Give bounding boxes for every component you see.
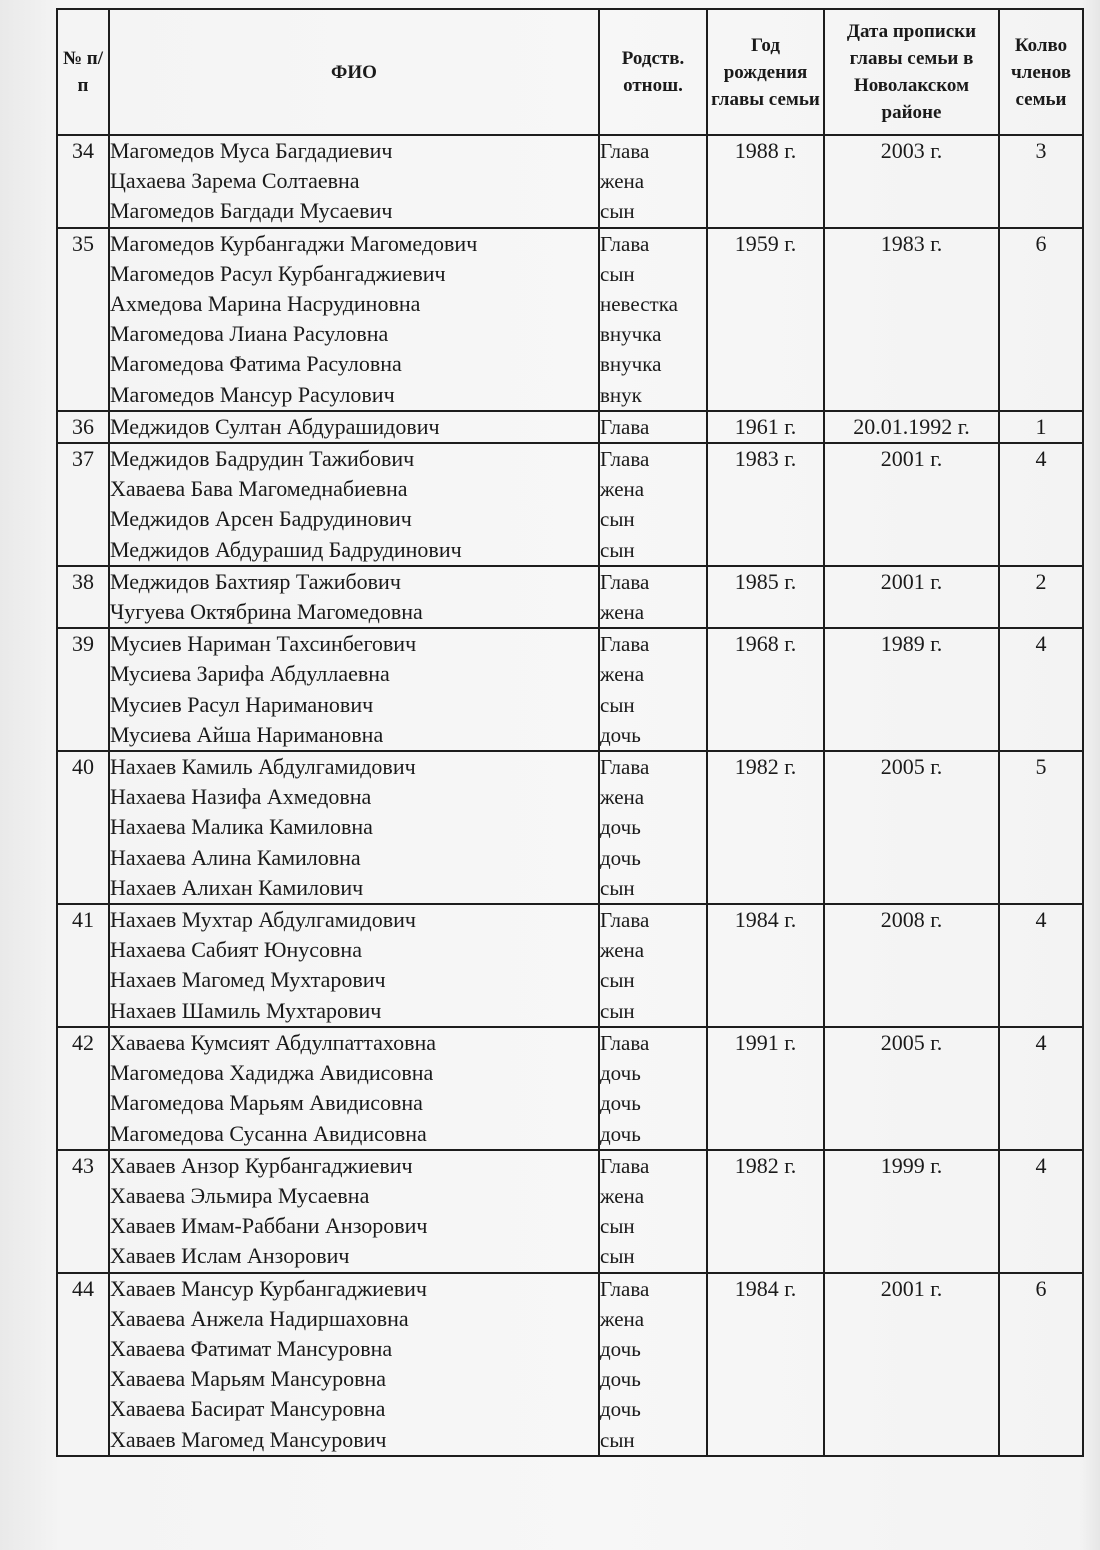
family-members-relations: Глава [599,411,707,443]
family-members-relations: Главаженадочьдочьсын [599,751,707,904]
member-name: Магомедов Багдади Мусаевич [110,196,598,226]
row-number: 35 [57,228,109,411]
member-relation: сын [600,504,706,534]
table-row: 42Хаваева Кумсият АбдулпаттаховнаМагомед… [57,1027,1083,1150]
member-name: Хаваева Бава Магомеднабиевна [110,474,598,504]
member-name: Нахаев Алихан Камилович [110,873,598,903]
member-relation: дочь [600,1058,706,1088]
member-relation: дочь [600,1364,706,1394]
family-members-relations: Главасынневесткавнучкавнучкавнук [599,228,707,411]
member-name: Нахаев Камиль Абдулгамидович [110,752,598,782]
family-size: 6 [999,228,1083,411]
head-registration-date: 2001 г. [824,1273,999,1456]
family-members-relations: Главаженасынсын [599,904,707,1027]
member-relation: сын [600,535,706,565]
head-registration-date: 1999 г. [824,1150,999,1273]
family-members-names: Магомедов Муса БагдадиевичЦахаева Зарема… [109,135,599,228]
member-relation: сын [600,690,706,720]
family-members-names: Меджидов Бадрудин ТажибовичХаваева Бава … [109,443,599,566]
member-relation: Глава [600,1028,706,1058]
member-relation: Глава [600,567,706,597]
head-registration-date: 2001 г. [824,443,999,566]
family-registry-table: № п/п ФИО Родств. отнош. Год рождения гл… [56,8,1084,1457]
member-relation: жена [600,1304,706,1334]
member-name: Магомедов Курбангаджи Магомедович [110,229,598,259]
member-name: Меджидов Бахтияр Тажибович [110,567,598,597]
family-size: 4 [999,904,1083,1027]
member-relation: жена [600,659,706,689]
member-relation: жена [600,935,706,965]
header-num: № п/п [57,9,109,135]
member-name: Хаваев Магомед Мансурович [110,1425,598,1455]
head-registration-date: 2003 г. [824,135,999,228]
head-registration-date: 1989 г. [824,628,999,751]
member-name: Магомедова Сусанна Авидисовна [110,1119,598,1149]
table-row: 40Нахаев Камиль АбдулгамидовичНахаева На… [57,751,1083,904]
head-birth-year: 1982 г. [707,751,824,904]
member-name: Хаваев Мансур Курбангаджиевич [110,1274,598,1304]
family-members-names: Нахаев Мухтар АбдулгамидовичНахаева Саби… [109,904,599,1027]
member-relation: дочь [600,720,706,750]
member-name: Меджидов Арсен Бадрудинович [110,504,598,534]
family-members-relations: Главадочьдочьдочь [599,1027,707,1150]
header-relation: Родств. отнош. [599,9,707,135]
family-size: 4 [999,443,1083,566]
table-row: 35Магомедов Курбангаджи МагомедовичМагом… [57,228,1083,411]
member-relation: Глава [600,136,706,166]
member-relation: сын [600,965,706,995]
row-number: 39 [57,628,109,751]
member-relation: внук [600,380,706,410]
head-registration-date: 2005 г. [824,1027,999,1150]
member-relation: Глава [600,444,706,474]
member-name: Хаваева Анжела Надиршаховна [110,1304,598,1334]
family-members-names: Хаваева Кумсият АбдулпаттаховнаМагомедов… [109,1027,599,1150]
member-name: Хаваева Кумсият Абдулпаттаховна [110,1028,598,1058]
document-page: № п/п ФИО Родств. отнош. Год рождения гл… [0,0,1100,1550]
member-relation: Глава [600,229,706,259]
row-number: 43 [57,1150,109,1273]
member-relation: внучка [600,319,706,349]
member-relation: дочь [600,1394,706,1424]
member-name: Магомедов Мансур Расулович [110,380,598,410]
head-registration-date: 20.01.1992 г. [824,411,999,443]
member-name: Хаваева Басират Мансуровна [110,1394,598,1424]
table-row: 44Хаваев Мансур КурбангаджиевичХаваева А… [57,1273,1083,1456]
member-name: Нахаев Магомед Мухтарович [110,965,598,995]
row-number: 37 [57,443,109,566]
member-relation: дочь [600,1088,706,1118]
row-number: 44 [57,1273,109,1456]
member-relation: Глава [600,629,706,659]
row-number: 34 [57,135,109,228]
member-relation: жена [600,597,706,627]
member-relation: сын [600,996,706,1026]
head-birth-year: 1988 г. [707,135,824,228]
head-birth-year: 1968 г. [707,628,824,751]
member-relation: сын [600,1241,706,1271]
row-number: 36 [57,411,109,443]
table-row: 37Меджидов Бадрудин ТажибовичХаваева Бав… [57,443,1083,566]
member-relation: сын [600,1211,706,1241]
family-members-names: Магомедов Курбангаджи МагомедовичМагомед… [109,228,599,411]
member-name: Ахмедова Марина Насрудиновна [110,289,598,319]
table-row: 41Нахаев Мухтар АбдулгамидовичНахаева Са… [57,904,1083,1027]
member-name: Цахаева Зарема Солтаевна [110,166,598,196]
family-members-names: Нахаев Камиль АбдулгамидовичНахаева Нази… [109,751,599,904]
member-relation: внучка [600,349,706,379]
member-relation: жена [600,474,706,504]
family-members-relations: Главаженасындочь [599,628,707,751]
member-name: Нахаева Назифа Ахмедовна [110,782,598,812]
member-name: Хаваев Имам-Раббани Анзорович [110,1211,598,1241]
member-name: Нахаева Алина Камиловна [110,843,598,873]
head-birth-year: 1983 г. [707,443,824,566]
member-relation: сын [600,873,706,903]
head-registration-date: 2008 г. [824,904,999,1027]
table-row: 43Хаваев Анзор КурбангаджиевичХаваева Эл… [57,1150,1083,1273]
family-size: 4 [999,1150,1083,1273]
head-registration-date: 2005 г. [824,751,999,904]
table-row: 38Меджидов Бахтияр ТажибовичЧугуева Октя… [57,566,1083,628]
family-size: 1 [999,411,1083,443]
family-members-relations: Главажена [599,566,707,628]
member-name: Чугуева Октябрина Магомедовна [110,597,598,627]
member-name: Магомедов Муса Багдадиевич [110,136,598,166]
head-birth-year: 1984 г. [707,1273,824,1456]
member-relation: сын [600,1425,706,1455]
member-name: Нахаева Малика Камиловна [110,812,598,842]
family-size: 3 [999,135,1083,228]
member-name: Меджидов Бадрудин Тажибович [110,444,598,474]
family-size: 6 [999,1273,1083,1456]
member-relation: сын [600,259,706,289]
table-header-row: № п/п ФИО Родств. отнош. Год рождения гл… [57,9,1083,135]
member-name: Меджидов Султан Абдурашидович [110,412,598,442]
member-relation: Глава [600,412,706,442]
member-relation: Глава [600,905,706,935]
member-relation: Глава [600,1151,706,1181]
member-name: Мусиев Расул Нариманович [110,690,598,720]
member-relation: сын [600,196,706,226]
member-relation: Глава [600,1274,706,1304]
member-relation: невестка [600,289,706,319]
member-name: Хаваев Ислам Анзорович [110,1241,598,1271]
member-name: Нахаев Шамиль Мухтарович [110,996,598,1026]
family-size: 2 [999,566,1083,628]
header-fio: ФИО [109,9,599,135]
head-registration-date: 1983 г. [824,228,999,411]
member-name: Мусиева Зарифа Абдуллаевна [110,659,598,689]
member-name: Магомедов Расул Курбангаджиевич [110,259,598,289]
head-birth-year: 1961 г. [707,411,824,443]
member-relation: дочь [600,1334,706,1364]
member-relation: дочь [600,1119,706,1149]
member-relation: Глава [600,752,706,782]
header-family-size: Колво членов семьи [999,9,1083,135]
family-members-relations: Главаженасын [599,135,707,228]
member-relation: дочь [600,843,706,873]
family-members-names: Меджидов Султан Абдурашидович [109,411,599,443]
member-name: Хаваев Анзор Курбангаджиевич [110,1151,598,1181]
table-row: 34Магомедов Муса БагдадиевичЦахаева Заре… [57,135,1083,228]
row-number: 38 [57,566,109,628]
family-size: 4 [999,628,1083,751]
member-name: Хаваева Марьям Мансуровна [110,1364,598,1394]
member-name: Хаваева Фатимат Мансуровна [110,1334,598,1364]
member-name: Мусиев Нариман Тахсинбегович [110,629,598,659]
member-name: Нахаев Мухтар Абдулгамидович [110,905,598,935]
family-members-relations: Главаженасынсын [599,443,707,566]
family-members-names: Хаваев Мансур КурбангаджиевичХаваева Анж… [109,1273,599,1456]
member-name: Магомедова Хадиджа Авидисовна [110,1058,598,1088]
member-name: Магомедова Лиана Расуловна [110,319,598,349]
member-name: Мусиева Айша Наримановна [110,720,598,750]
family-size: 5 [999,751,1083,904]
member-relation: жена [600,166,706,196]
row-number: 41 [57,904,109,1027]
head-birth-year: 1991 г. [707,1027,824,1150]
table-row: 36Меджидов Султан АбдурашидовичГлава1961… [57,411,1083,443]
member-name: Магомедова Фатима Расуловна [110,349,598,379]
member-name: Меджидов Абдурашид Бадрудинович [110,535,598,565]
member-relation: жена [600,1181,706,1211]
member-relation: жена [600,782,706,812]
row-number: 42 [57,1027,109,1150]
head-birth-year: 1959 г. [707,228,824,411]
row-number: 40 [57,751,109,904]
table-row: 39Мусиев Нариман ТахсинбеговичМусиева За… [57,628,1083,751]
member-name: Магомедова Марьям Авидисовна [110,1088,598,1118]
head-birth-year: 1985 г. [707,566,824,628]
member-relation: дочь [600,812,706,842]
family-members-names: Меджидов Бахтияр ТажибовичЧугуева Октябр… [109,566,599,628]
header-birth-year: Год рождения главы семьи [707,9,824,135]
family-size: 4 [999,1027,1083,1150]
head-birth-year: 1984 г. [707,904,824,1027]
head-birth-year: 1982 г. [707,1150,824,1273]
header-registration-date: Дата прописки главы семьи в Новолакском … [824,9,999,135]
member-name: Хаваева Эльмира Мусаевна [110,1181,598,1211]
family-members-relations: Главаженасынсын [599,1150,707,1273]
table-body: 34Магомедов Муса БагдадиевичЦахаева Заре… [57,135,1083,1456]
family-members-names: Мусиев Нариман ТахсинбеговичМусиева Зари… [109,628,599,751]
head-registration-date: 2001 г. [824,566,999,628]
member-name: Нахаева Сабият Юнусовна [110,935,598,965]
family-members-relations: Главаженадочьдочьдочьсын [599,1273,707,1456]
family-members-names: Хаваев Анзор КурбангаджиевичХаваева Эльм… [109,1150,599,1273]
